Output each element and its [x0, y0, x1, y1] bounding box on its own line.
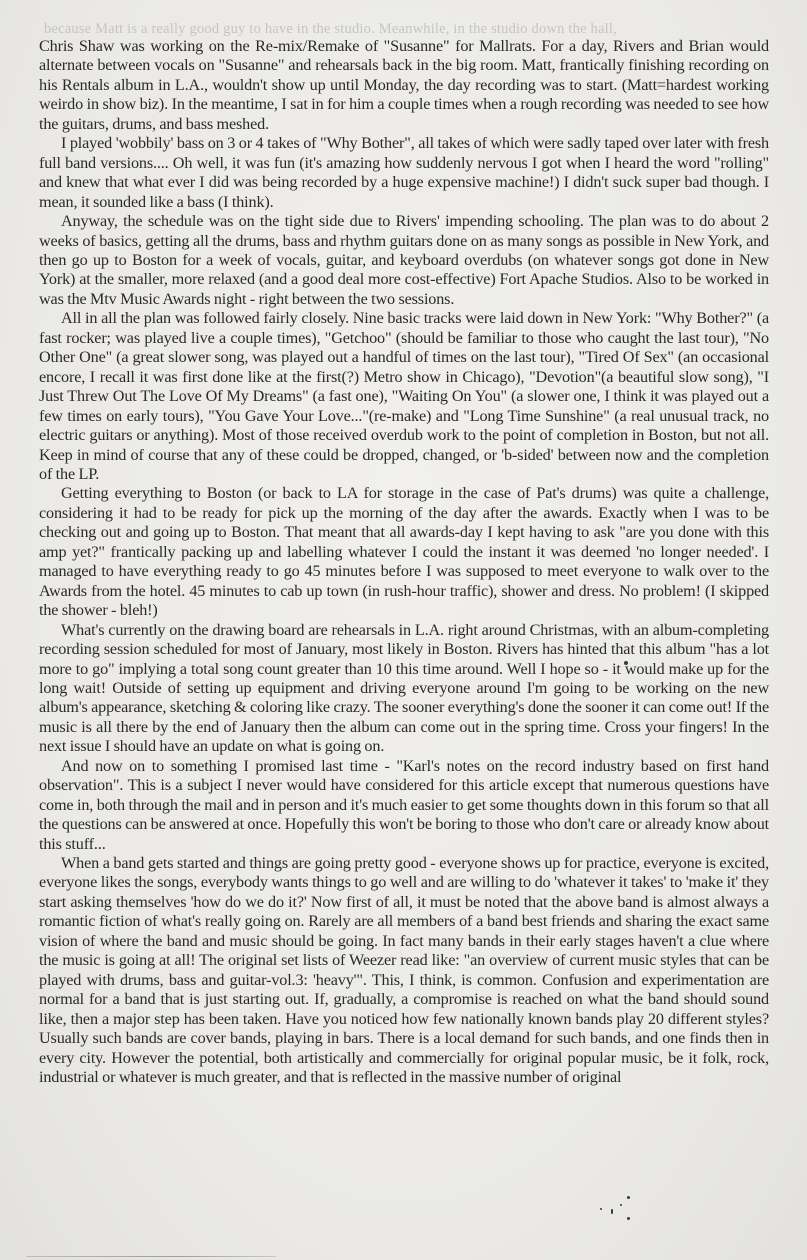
paragraph-drawing-board: What's currently on the drawing board ar… [39, 621, 769, 757]
speck [620, 1204, 622, 1206]
paragraph-karls-notes: And now on to something I promised last … [39, 757, 769, 854]
paragraph-basic-tracks: All in all the plan was followed fairly … [39, 309, 769, 484]
speck [627, 1196, 630, 1199]
scanned-page: because Matt is a really good guy to hav… [0, 0, 807, 1260]
speck [600, 1208, 602, 1210]
article-body: Chris Shaw was working on the Re-mix/Rem… [39, 37, 769, 1087]
bottom-rule [26, 1256, 276, 1257]
speck [624, 661, 628, 665]
paragraph-band-gets-started: When a band gets started and things are … [39, 854, 769, 1087]
speck [627, 1217, 630, 1220]
faded-bleedthrough-line: because Matt is a really good guy to hav… [44, 19, 764, 39]
paragraph-getting-to-boston: Getting everything to Boston (or back to… [39, 484, 769, 620]
paragraph-susanne-remix: Chris Shaw was working on the Re-mix/Rem… [39, 37, 769, 134]
speck [611, 1209, 613, 1214]
paragraph-wobbily-bass: I played 'wobbily' bass on 3 or 4 takes … [39, 134, 769, 212]
paragraph-schedule: Anyway, the schedule was on the tight si… [39, 212, 769, 309]
